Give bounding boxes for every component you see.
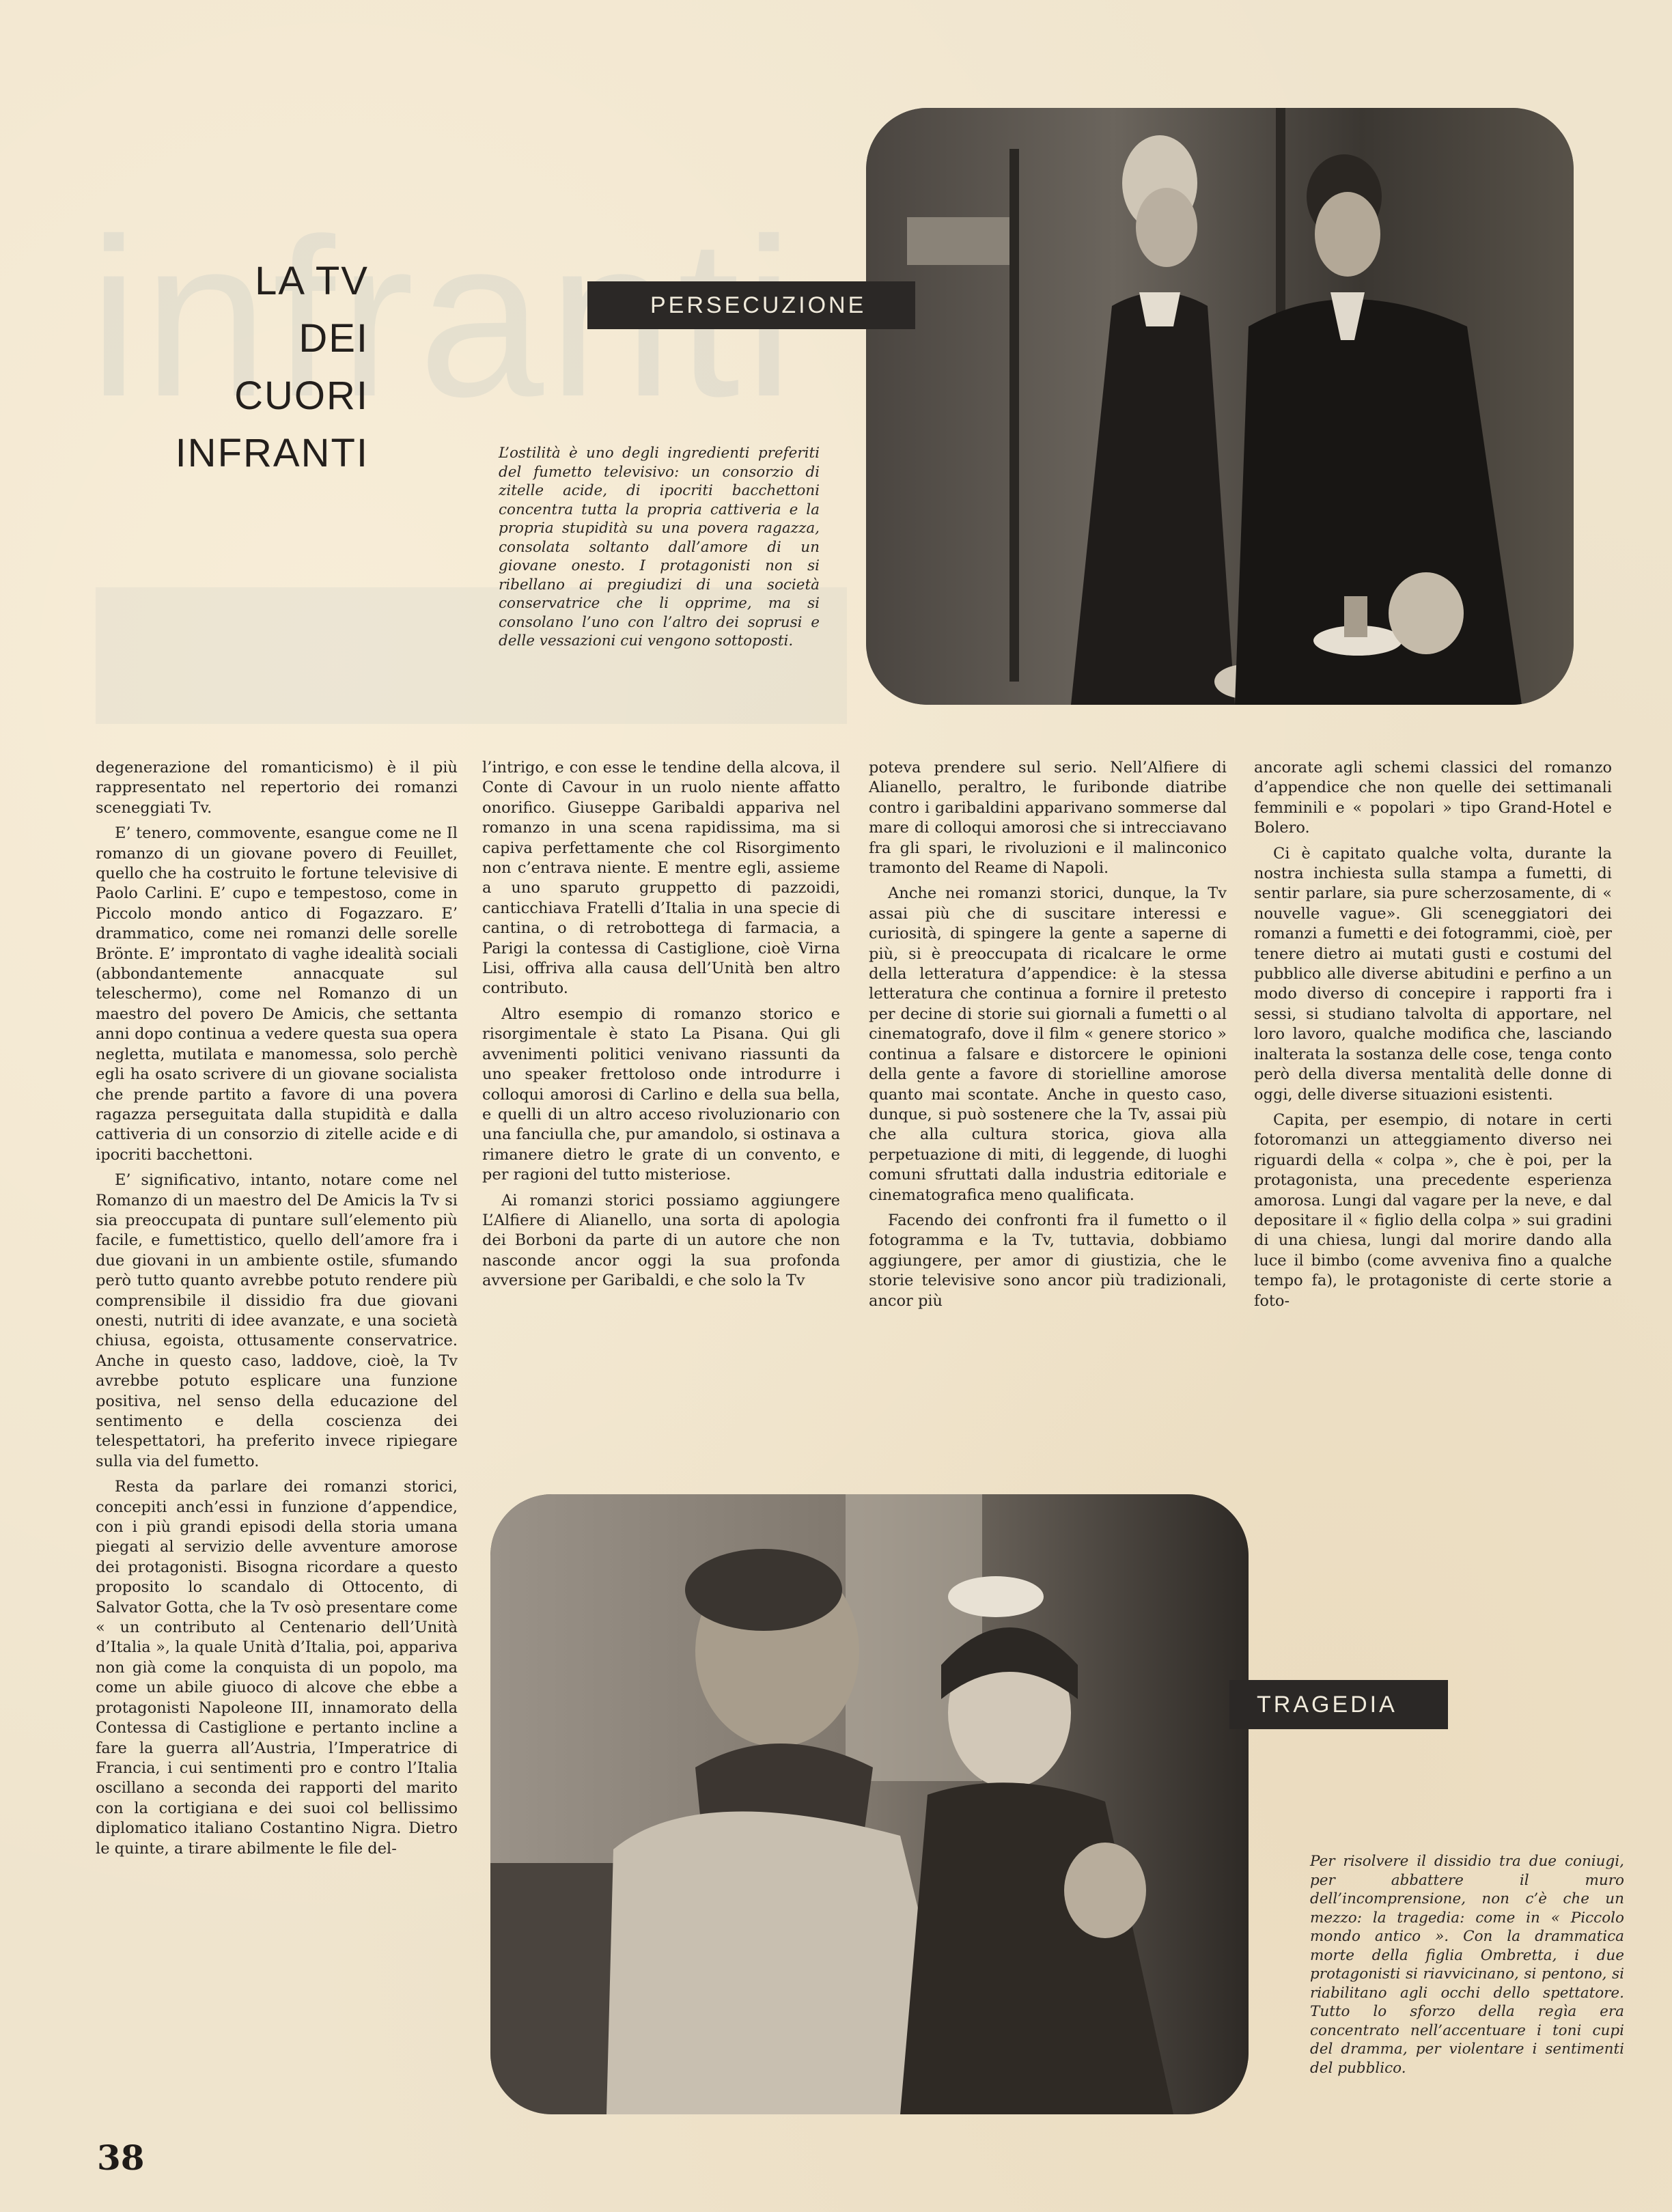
label-tragedia: TRAGEDIA (1229, 1680, 1448, 1729)
paragraph: Capita, per esempio, di notare in certi … (1254, 1110, 1612, 1311)
paragraph: Ci è capitato qualche volta, durante la … (1254, 844, 1612, 1105)
headline-line-2: DEI (123, 310, 369, 367)
paragraph: Resta da parlare dei romanzi storici, co… (96, 1477, 458, 1859)
paragraph: Facendo dei confronti fra il fumetto o i… (869, 1211, 1227, 1311)
paragraph: Altro esempio di romanzo storico e risor… (482, 1005, 840, 1186)
paragraph: E’ significativo, intanto, notare come n… (96, 1171, 458, 1472)
article-column-2: l’intrigo, e con esse le tendine della a… (482, 758, 840, 1297)
page-number: 38 (97, 2138, 145, 2178)
label-persecuzione: PERSECUZIONE (587, 281, 915, 329)
label-persecuzione-text: PERSECUZIONE (650, 292, 866, 319)
paragraph: l’intrigo, e con esse le tendine della a… (482, 758, 840, 999)
photo-scene-man-and-child (490, 1494, 1249, 2114)
paragraph: Anche nei romanzi storici, dunque, la Tv… (869, 884, 1227, 1205)
caption-persecuzione: L’ostilità è uno degli ingredienti prefe… (499, 444, 820, 651)
article-headline: LA TV DEI CUORI INFRANTI (123, 253, 369, 482)
paragraph: E’ tenero, commovente, esangue come ne I… (96, 824, 458, 1165)
headline-line-1: LA TV (123, 253, 369, 310)
headline-line-3: CUORI (123, 367, 369, 425)
article-column-4: ancorate agli schemi classici del romanz… (1254, 758, 1612, 1317)
paragraph: poteva prendere sul serio. Nell’Alfiere … (869, 758, 1227, 878)
paragraph: Ai romanzi storici possiamo aggiungere L… (482, 1191, 840, 1291)
photo-persecuzione (866, 108, 1574, 705)
photo-tragedia (490, 1494, 1249, 2114)
caption-tragedia: Per risolvere il dissidio tra due coniug… (1310, 1852, 1624, 2077)
paragraph: ancorate agli schemi classici del romanz… (1254, 758, 1612, 839)
article-column-1: degenerazione del romanticismo) è il più… (96, 758, 458, 1864)
photo-scene-couple (866, 108, 1574, 705)
label-tragedia-text: TRAGEDIA (1257, 1692, 1397, 1718)
paragraph: degenerazione del romanticismo) è il più… (96, 758, 458, 818)
headline-line-4: INFRANTI (123, 425, 369, 482)
article-column-3: poteva prendere sul serio. Nell’Alfiere … (869, 758, 1227, 1317)
